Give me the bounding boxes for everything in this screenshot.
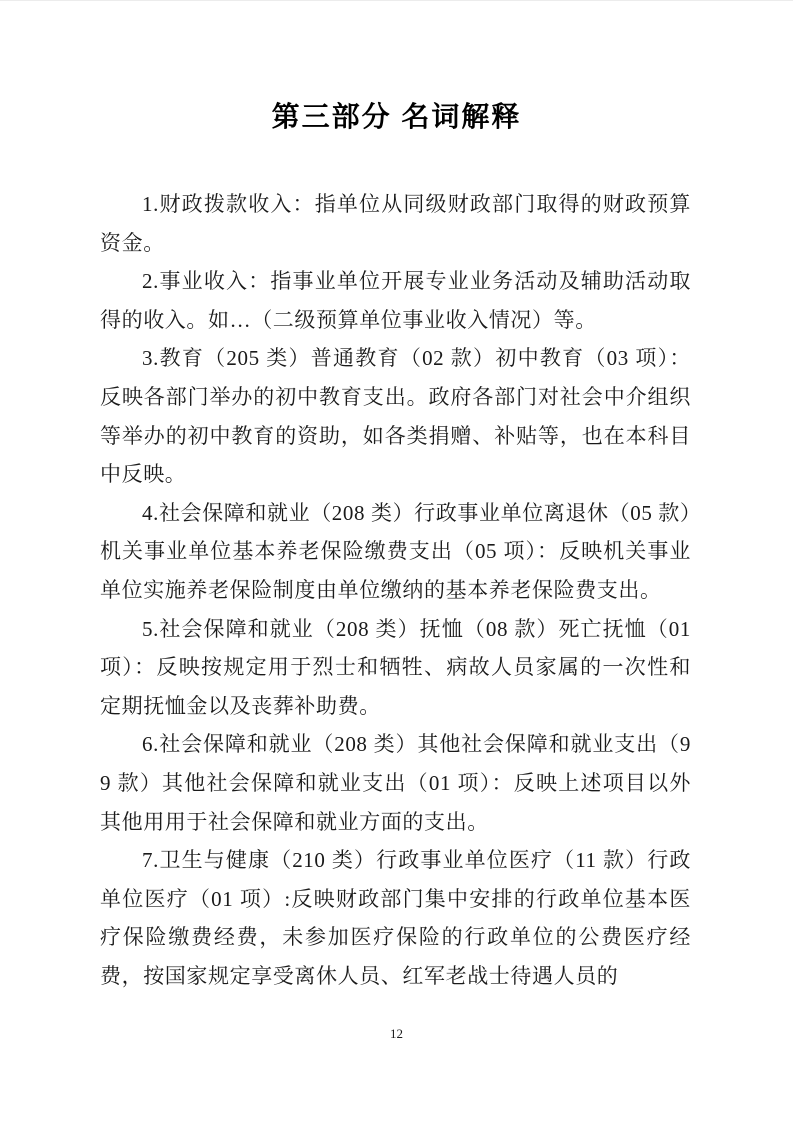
page-number: 12 xyxy=(390,1026,403,1041)
document-body: 1.财政拨款收入：指单位从同级财政部门取得的财政预算资金。 2.事业收入：指事业… xyxy=(100,185,691,995)
paragraph: 6.社会保障和就业（208 类）其他社会保障和就业支出（99 款）其他社会保障和… xyxy=(100,725,691,841)
paragraph: 1.财政拨款收入：指单位从同级财政部门取得的财政预算资金。 xyxy=(100,185,691,262)
paragraph: 7.卫生与健康（210 类）行政事业单位医疗（11 款）行政单位医疗（01 项）… xyxy=(100,841,691,995)
paragraph: 5.社会保障和就业（208 类）抚恤（08 款）死亡抚恤（01 项）：反映按规定… xyxy=(100,610,691,726)
document-page: 第三部分 名词解释 1.财政拨款收入：指单位从同级财政部门取得的财政预算资金。 … xyxy=(0,0,793,1122)
page-title: 第三部分 名词解释 xyxy=(0,95,793,135)
paragraph: 4.社会保障和就业（208 类）行政事业单位离退休（05 款）机关事业单位基本养… xyxy=(100,494,691,610)
paragraph: 3.教育（205 类）普通教育（02 款）初中教育（03 项）：反映各部门举办的… xyxy=(100,339,691,493)
page-footer: 12 xyxy=(0,1025,793,1043)
paragraph: 2.事业收入：指事业单位开展专业业务活动及辅助活动取得的收入。如…（二级预算单位… xyxy=(100,262,691,339)
